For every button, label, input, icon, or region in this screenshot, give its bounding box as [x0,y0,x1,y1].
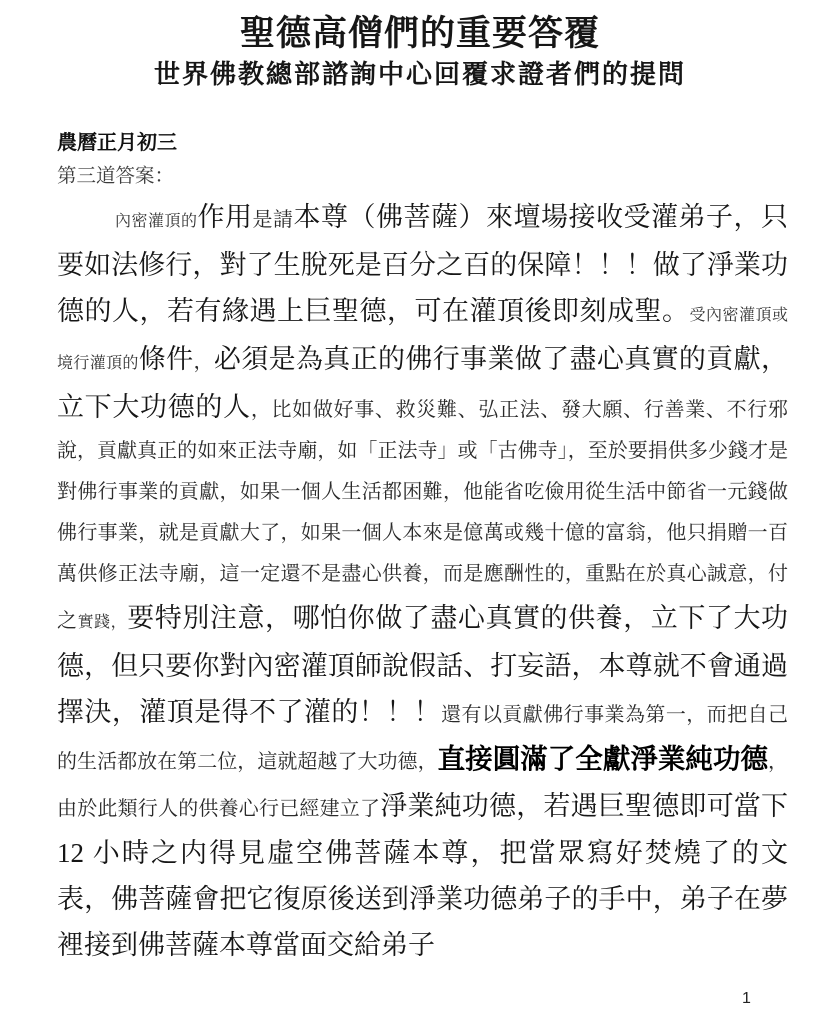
document-page: 聖德高僧們的重要答覆 世界佛教總部諮詢中心回覆求證者們的提問 農曆正月初三 第三… [0,0,840,1025]
date-heading: 農曆正月初三 [57,126,177,155]
text-run: 是請 [253,209,294,231]
body-paragraph: 內密灌頂的作用是請本尊（佛菩薩）來壇場接收受灌弟子，只要如法修行，對了生脫死是百… [57,194,788,968]
document-title: 聖德高僧們的重要答覆 [0,6,840,56]
text-run: 實踐， [78,614,128,631]
answer-label: 第三道答案： [57,160,174,188]
text-run: ， [194,351,214,373]
page-number: 1 [742,990,751,1008]
text-run: 內密灌頂的 [115,213,198,230]
text-run: 條件 [139,344,194,374]
text-run: 作用 [198,202,253,232]
text-run: ，比如做好事、救災難、弘正法、發大願、行善業、不行邪說，貢獻真正的如來正法寺廟，… [57,399,788,632]
text-run: 直接圓滿了全獻淨業純功德 [438,743,768,774]
document-subtitle: 世界佛教總部諮詢中心回覆求證者們的提問 [0,54,840,91]
